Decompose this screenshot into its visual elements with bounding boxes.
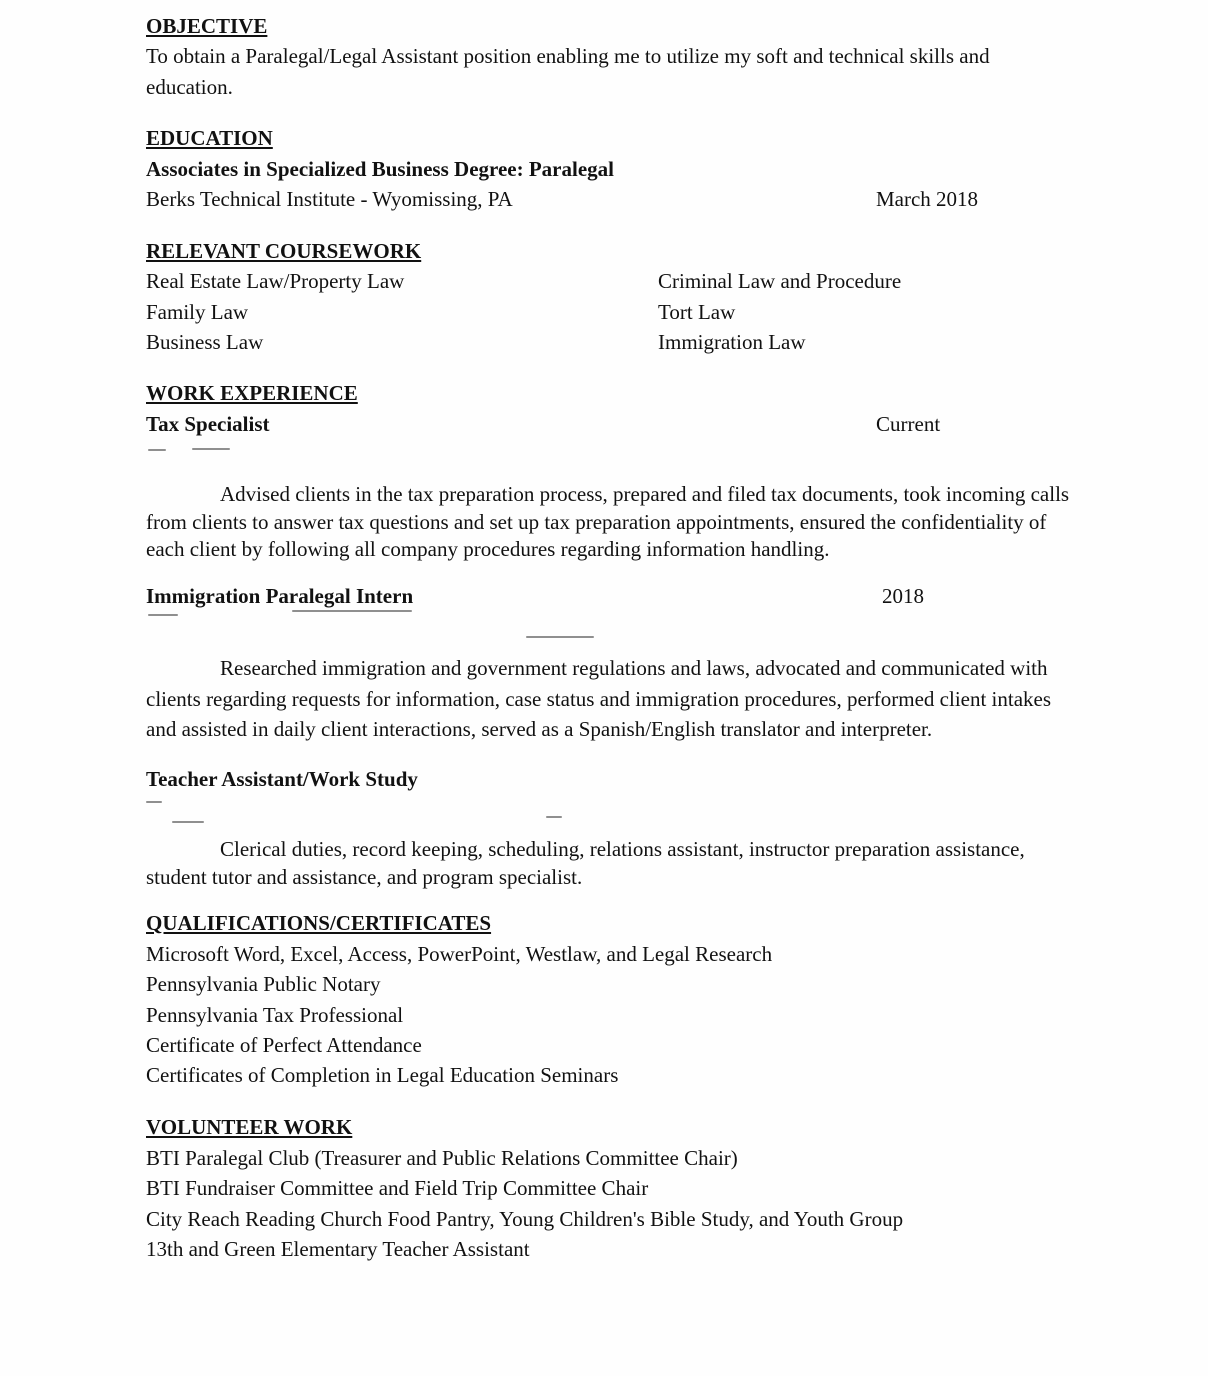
qualification-item: Pennsylvania Public Notary [146, 972, 380, 996]
objective-heading: OBJECTIVE [146, 14, 267, 38]
job-description: Clerical duties, record keeping, schedul… [146, 836, 1086, 891]
qualification-item: Certificates of Completion in Legal Educ… [146, 1063, 618, 1087]
volunteer-item: 13th and Green Elementary Teacher Assist… [146, 1237, 530, 1261]
redaction-mark [146, 801, 162, 803]
course-item: Criminal Law and Procedure [658, 269, 901, 293]
course-item: Immigration Law [658, 330, 806, 354]
qualification-item: Certificate of Perfect Attendance [146, 1033, 422, 1057]
objective-line-2: education. [146, 75, 233, 99]
qualification-item: Pennsylvania Tax Professional [146, 1003, 403, 1027]
volunteer-item: BTI Paralegal Club (Treasurer and Public… [146, 1146, 738, 1170]
job-date: 2018 [882, 584, 924, 608]
job-title: Immigration Paralegal Intern [146, 584, 413, 608]
redaction-mark [546, 816, 562, 818]
school-name: Berks Technical Institute - Wyomissing, … [146, 187, 513, 211]
graduation-date: March 2018 [876, 187, 978, 211]
job-description: Advised clients in the tax preparation p… [146, 481, 1086, 564]
redaction-mark [172, 821, 204, 823]
volunteer-item: BTI Fundraiser Committee and Field Trip … [146, 1176, 648, 1200]
qualifications-heading: QUALIFICATIONS/CERTIFICATES [146, 911, 491, 935]
job-description: Researched immigration and government re… [146, 653, 1086, 745]
coursework-heading: RELEVANT COURSEWORK [146, 239, 421, 263]
degree-title: Associates in Specialized Business Degre… [146, 157, 614, 181]
course-item: Tort Law [658, 300, 735, 324]
course-item: Business Law [146, 330, 263, 354]
redaction-mark [292, 610, 412, 612]
job-date: Current [876, 412, 940, 436]
work-heading: WORK EXPERIENCE [146, 381, 358, 405]
redaction-mark [526, 636, 594, 638]
qualification-item: Microsoft Word, Excel, Access, PowerPoin… [146, 942, 772, 966]
volunteer-heading: VOLUNTEER WORK [146, 1115, 352, 1139]
redaction-mark [192, 448, 230, 450]
redaction-mark [148, 449, 166, 451]
redaction-mark [148, 614, 178, 616]
objective-line-1: To obtain a Paralegal/Legal Assistant po… [146, 44, 990, 68]
job-title: Teacher Assistant/Work Study [146, 767, 418, 791]
course-item: Real Estate Law/Property Law [146, 269, 404, 293]
volunteer-item: City Reach Reading Church Food Pantry, Y… [146, 1207, 903, 1231]
education-heading: EDUCATION [146, 126, 273, 150]
job-title: Tax Specialist [146, 412, 270, 436]
course-item: Family Law [146, 300, 248, 324]
